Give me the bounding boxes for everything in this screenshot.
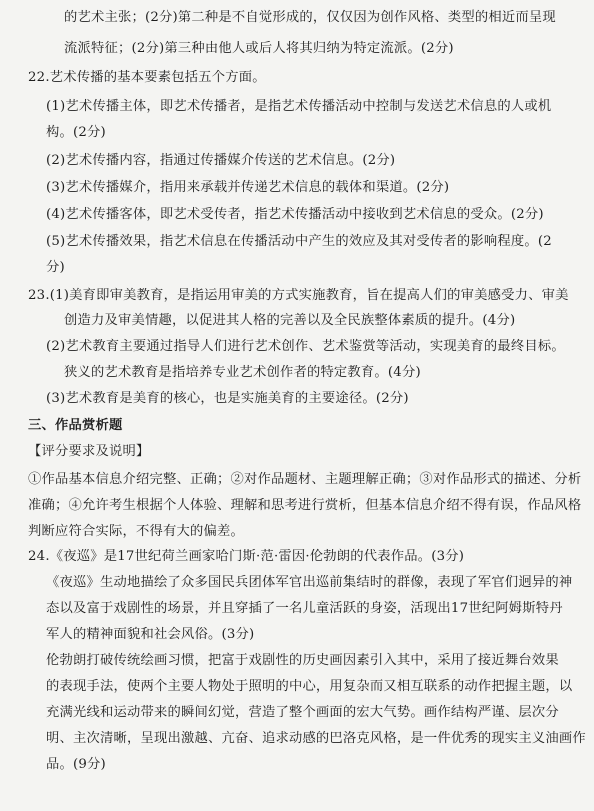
- q21-line-1: 的艺术主张；(2分)第二种是不自觉形成的，仅仅因为创作风格、类型的相近而呈现: [64, 10, 556, 26]
- q23-item-3: (3)艺术教育是美育的核心，也是实施美育的主要途径。(2分): [46, 391, 409, 407]
- section-heading: 三、作品赏析题: [28, 418, 122, 434]
- q24-line-7: 充满光线和运动带来的瞬间幻觉，营造了整个画面的宏大气势。画作结构严谨、层次分: [46, 705, 559, 721]
- criteria-line-2: 准确；④允许考生根据个人体验、理解和思考进行赏析，但基本信息介绍不得有误，作品风…: [28, 498, 581, 514]
- q23-item-2-cont: 狭义的艺术教育是指培养专业艺术创作者的特定教育。(4分): [64, 365, 421, 381]
- document-page: 的艺术主张；(2分)第二种是不自觉形成的，仅仅因为创作风格、类型的相近而呈现 流…: [0, 0, 594, 811]
- q23-item-1: 23.(1)美育即审美教育，是指运用审美的方式实施教育，旨在提高人们的审美感受力…: [28, 288, 569, 304]
- q22-item-1: (1)艺术传播主体，即艺术传播者，是指艺术传播活动中控制与发送艺术信息的人或机: [46, 99, 551, 115]
- q24-line-2: 《夜巡》生动地描绘了众多国民兵团体军官出巡前集结时的群像，表现了军官们迥异的神: [46, 575, 572, 591]
- q22-item-5-cont: 分): [46, 260, 65, 276]
- criteria-line-3: 判断应符合实际，不得有大的偏差。: [28, 524, 244, 540]
- q22-item-2: (2)艺术传播内容，指通过传播媒介传送的艺术信息。(2分): [46, 153, 395, 169]
- q23-item-2: (2)艺术教育主要通过指导人们进行艺术创作、艺术鉴赏等活动，实现美育的最终目标。: [46, 339, 565, 355]
- q22-title: 22.艺术传播的基本要素包括五个方面。: [28, 70, 266, 86]
- q24-line-3: 态以及富于戏剧性的场景，并且穿插了一名儿童活跃的身姿，活现出17世纪阿姆斯特丹: [46, 601, 563, 617]
- criteria-line-1: ①作品基本信息介绍完整、正确；②对作品题材、主题理解正确；③对作品形式的描述、分…: [28, 472, 581, 488]
- criteria-heading: 【评分要求及说明】: [28, 444, 149, 460]
- q22-item-3: (3)艺术传播媒介，指用来承载并传递艺术信息的载体和渠道。(2分): [46, 180, 449, 196]
- q24-line-5: 伦勃朗打破传统绘画习惯，把富于戏剧性的历史画因素引入其中，采用了接近舞台效果: [46, 653, 559, 669]
- q21-line-2: 流派特征；(2分)第三种由他人或后人将其归纳为特定流派。(2分): [64, 41, 454, 57]
- q24-line-6: 的表现手法，使两个主要人物处于照明的中心，用复杂而又相互联系的动作把握主题，以: [46, 679, 572, 695]
- q24-line-9: 品。(9分): [46, 757, 106, 773]
- q22-item-1-cont: 构。(2分): [46, 125, 106, 141]
- q22-item-4: (4)艺术传播客体，即艺术受传者，指艺术传播活动中接收到艺术信息的受众。(2分): [46, 207, 544, 223]
- q22-item-5: (5)艺术传播效果，指艺术信息在传播活动中产生的效应及其对受传者的影响程度。(2: [46, 234, 552, 250]
- q24-line-4: 军人的精神面貌和社会风俗。(3分): [46, 627, 254, 643]
- q24-line-1: 24.《夜巡》是17世纪荷兰画家哈门斯·范·雷因·伦勃朗的代表作品。(3分): [28, 549, 464, 565]
- q23-item-1-cont: 创造力及审美情趣，以促进其人格的完善以及全民族整体素质的提升。(4分): [64, 313, 515, 329]
- q24-line-8: 明、主次清晰，呈现出激越、亢奋、追求动感的巴洛克风格，是一件优秀的现实主义油画作: [46, 731, 586, 747]
